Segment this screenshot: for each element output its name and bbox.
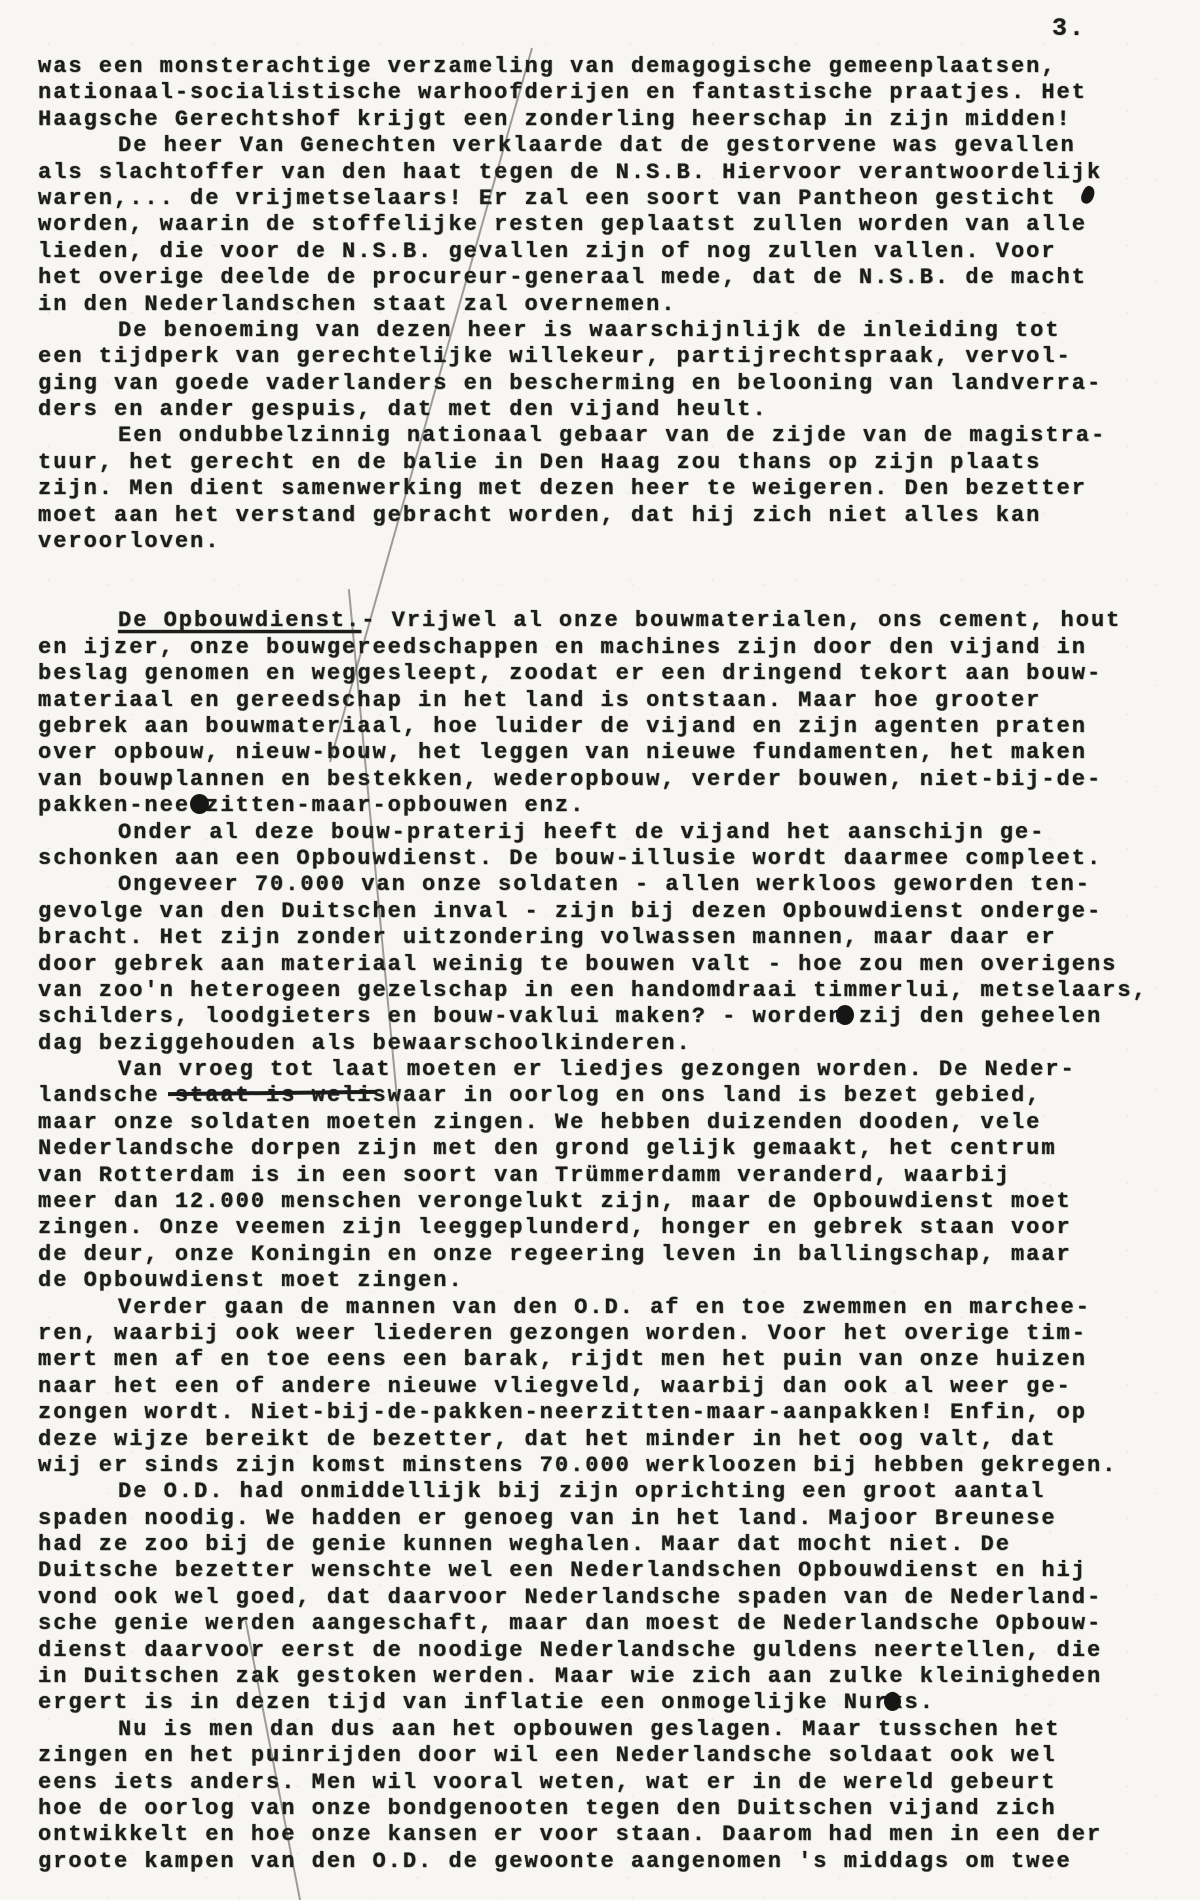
text-line: het overige deelde de procureur-generaal… [38, 265, 1178, 291]
text-line: dienst daarvoor eerst de noodige Nederla… [38, 1638, 1178, 1664]
text-line: Nu is men dan dus aan het opbouwen gesla… [38, 1717, 1178, 1743]
paragraph: De heer Van Genechten verklaarde dat de … [38, 133, 1178, 318]
text-line: worden, waarin de stoffelijke resten gep… [38, 212, 1178, 238]
text-line: schilders, loodgieters en bouw-vaklui ma… [38, 1004, 1178, 1030]
text-line: was een monsterachtige verzameling van d… [38, 54, 1178, 80]
text-line: over opbouw, nieuw-bouw, het leggen van … [38, 740, 1178, 766]
text-line: wij er sinds zijn komst minstens 70.000 … [38, 1453, 1178, 1479]
document-page: 3. was een monsterachtige verzameling va… [0, 0, 1200, 1900]
text-line: naar het een of andere nieuwe vliegveld,… [38, 1374, 1178, 1400]
paragraph: Nu is men dan dus aan het opbouwen gesla… [38, 1717, 1178, 1875]
text-line: spaden noodig. We hadden er genoeg van i… [38, 1506, 1178, 1532]
text-line: materiaal en gereedschap in het land is … [38, 688, 1178, 714]
text-line: van Rotterdam is in een soort van Trümme… [38, 1163, 1178, 1189]
text-line: had ze zoo bij de genie kunnen weghalen.… [38, 1532, 1178, 1558]
text-line: lieden, die voor de N.S.B. gevallen zijn… [38, 239, 1178, 265]
text-line: ging van goede vaderlanders en beschermi… [38, 371, 1178, 397]
text-line: nationaal-socialistische warhoofderijen … [38, 80, 1178, 106]
text-line: de deur, onze Koningin en onze regeering… [38, 1242, 1178, 1268]
text-line: Een ondubbelzinnig nationaal gebaar van … [38, 423, 1178, 449]
text-line: ergert is in dezen tijd van inflatie een… [38, 1690, 1178, 1716]
text-line: Onder al deze bouw-praterij heeft de vij… [38, 820, 1178, 846]
paragraph: Verder gaan de mannen van den O.D. af en… [38, 1295, 1178, 1480]
text-line: eens iets anders. Men wil vooral weten, … [38, 1770, 1178, 1796]
text-line: tuur, het gerecht en de balie in Den Haa… [38, 450, 1178, 476]
paragraph: De Opbouwdienst.- Vrijwel al onze bouwma… [38, 608, 1178, 819]
text-line: zongen wordt. Niet-bij-de-pakken-neerzit… [38, 1400, 1178, 1426]
text-line: schonken aan een Opbouwdienst. De bouw-i… [38, 846, 1178, 872]
text-line: veroorloven. [38, 529, 1178, 555]
text-line: De O.D. had onmiddellijk bij zijn oprich… [38, 1479, 1178, 1505]
document-body: was een monsterachtige verzameling van d… [38, 54, 1178, 1875]
text-line: dag beziggehouden als bewaarschoolkinder… [38, 1031, 1178, 1057]
text-line: Nederlandsche dorpen zijn met den grond … [38, 1136, 1178, 1162]
text-line: Van vroeg tot laat moeten er liedjes gez… [38, 1057, 1178, 1083]
text-line: De heer Van Genechten verklaarde dat de … [38, 133, 1178, 159]
text-line: vond ook wel goed, dat daarvoor Nederlan… [38, 1585, 1178, 1611]
text-line: ren, waarbij ook weer liederen gezongen … [38, 1321, 1178, 1347]
text-line: gevolge van den Duitschen inval - zijn b… [38, 899, 1178, 925]
text-line: moet aan het verstand gebracht worden, d… [38, 503, 1178, 529]
text-line: zingen en het puinrijden door wil een Ne… [38, 1743, 1178, 1769]
text-line: Haagsche Gerechtshof krijgt een zonderli… [38, 107, 1178, 133]
text-line: zingen. Onze veemen zijn leeggeplunderd,… [38, 1215, 1178, 1241]
text-line: in den Nederlandschen staat zal overneme… [38, 292, 1178, 318]
text-line: ders en ander gespuis, dat met den vijan… [38, 397, 1178, 423]
text-line: landsche staat is weliswaar in oorlog en… [38, 1083, 1178, 1109]
text-line: van zoo'n heterogeen gezelschap in een h… [38, 978, 1178, 1004]
paragraph: was een monsterachtige verzameling van d… [38, 54, 1178, 133]
text-line: deze wijze bereikt de bezetter, dat het … [38, 1427, 1178, 1453]
text-line: in Duitschen zak gestoken werden. Maar w… [38, 1664, 1178, 1690]
paragraph: Van vroeg tot laat moeten er liedjes gez… [38, 1057, 1178, 1295]
text-line: groote kampen van den O.D. de gewoonte a… [38, 1849, 1178, 1875]
text-line: Ongeveer 70.000 van onze soldaten - alle… [38, 872, 1178, 898]
text-line: Verder gaan de mannen van den O.D. af en… [38, 1295, 1178, 1321]
text-line: en ijzer, onze bouwgereedschappen en mac… [38, 635, 1178, 661]
text-line: Duitsche bezetter wenschte wel een Neder… [38, 1558, 1178, 1584]
paragraph: Een ondubbelzinnig nationaal gebaar van … [38, 423, 1178, 555]
text-line: maar onze soldaten moeten zingen. We heb… [38, 1110, 1178, 1136]
page-number: 3. [1052, 14, 1086, 43]
text-line: pakken-neerzitten-maar-opbouwen enz. [38, 793, 1178, 819]
text-line: een tijdperk van gerechtelijke willekeur… [38, 344, 1178, 370]
text-line: door gebrek aan materiaal weinig te bouw… [38, 952, 1178, 978]
text-line: hoe de oorlog van onze bondgenooten tege… [38, 1796, 1178, 1822]
paragraph: Onder al deze bouw-praterij heeft de vij… [38, 820, 1178, 873]
paragraph: De benoeming van dezen heer is waarschij… [38, 318, 1178, 424]
text-line: gebrek aan bouwmateriaal, hoe luider de … [38, 714, 1178, 740]
text-line: bracht. Het zijn zonder uitzondering vol… [38, 925, 1178, 951]
text-line: de Opbouwdienst moet zingen. [38, 1268, 1178, 1294]
text-line: als slachtoffer van den haat tegen de N.… [38, 160, 1178, 186]
text-line: beslag genomen en weggesleept, zoodat er… [38, 661, 1178, 687]
paragraph: De O.D. had onmiddellijk bij zijn oprich… [38, 1479, 1178, 1717]
text-line: De Opbouwdienst.- Vrijwel al onze bouwma… [38, 608, 1178, 634]
text-line: ontwikkelt en hoe onze kansen er voor st… [38, 1822, 1178, 1848]
text-line: meer dan 12.000 menschen verongelukt zij… [38, 1189, 1178, 1215]
text-line: De benoeming van dezen heer is waarschij… [38, 318, 1178, 344]
paragraph: Ongeveer 70.000 van onze soldaten - alle… [38, 872, 1178, 1057]
text-line: zijn. Men dient samenwerking met dezen h… [38, 476, 1178, 502]
text-line: mert men af en toe eens een barak, rijdt… [38, 1347, 1178, 1373]
section-heading: De Opbouwdienst. [118, 608, 361, 633]
text-line: sche genie werden aangeschaft, maar dan … [38, 1611, 1178, 1637]
text-line: van bouwplannen en bestekken, wederopbou… [38, 767, 1178, 793]
text-line: waren,... de vrijmetselaars! Er zal een … [38, 186, 1178, 212]
